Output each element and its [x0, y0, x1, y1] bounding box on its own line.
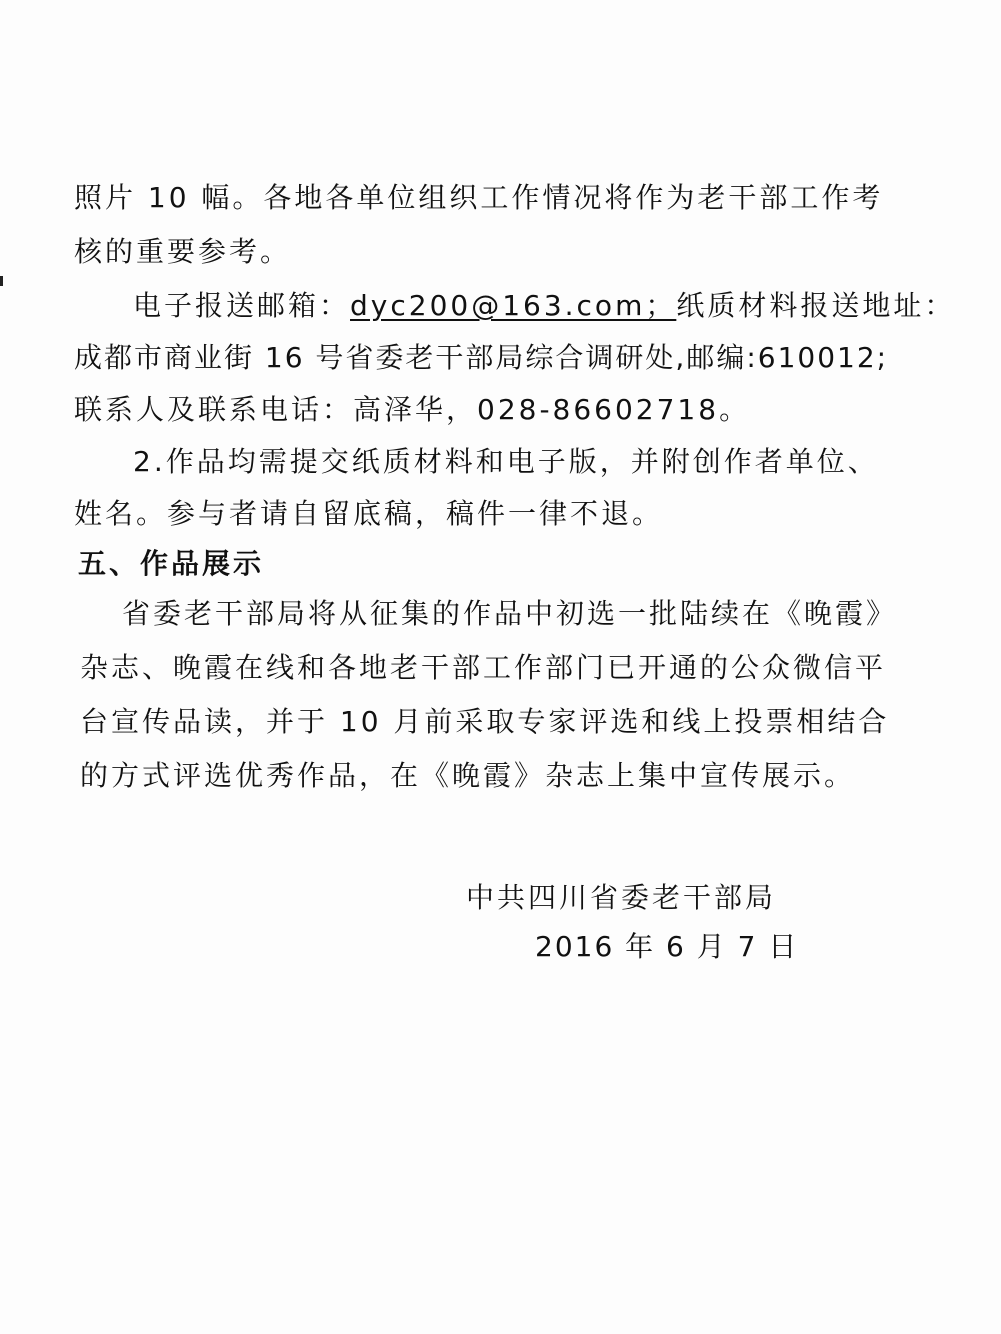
item2-line: 2.作品均需提交纸质材料和电子版，并附创作者单位、 [133, 444, 879, 480]
section-heading: 五、作品展示 [78, 546, 264, 582]
scan-mark [0, 276, 3, 286]
paragraph-line: 核的重要参考。 [74, 234, 291, 270]
section-line: 台宣传品读，并于 10 月前采取专家评选和线上投票相结合 [80, 704, 889, 740]
phone-line: 联系人及联系电话：高泽华，028-86602718。 [74, 392, 750, 428]
signature-org: 中共四川省委老干部局 [466, 880, 776, 916]
signature-date: 2016 年 6 月 7 日 [535, 929, 798, 965]
paragraph-line: 照片 10 幅。各地各单位组织工作情况将作为老干部工作考 [74, 180, 883, 216]
section-line: 省委老干部局将从征集的作品中初选一批陆续在《晚霞》 [122, 596, 897, 632]
paper-address-label: 纸质材料报送地址： [676, 289, 955, 322]
email-label: 电子报送邮箱： [133, 289, 350, 322]
item2-line: 姓名。参与者请自留底稿，稿件一律不退。 [74, 496, 663, 532]
section-line: 杂志、晚霞在线和各地老干部工作部门已开通的公众微信平 [80, 650, 886, 686]
email-link[interactable]: dyc200@163.com； [350, 289, 676, 322]
address-line: 成都市商业街 16 号省委老干部局综合调研处,邮编:610012; [74, 340, 888, 376]
section-line: 的方式评选优秀作品，在《晚霞》杂志上集中宣传展示。 [80, 758, 855, 794]
contact-line: 电子报送邮箱：dyc200@163.com；纸质材料报送地址： [133, 288, 955, 324]
